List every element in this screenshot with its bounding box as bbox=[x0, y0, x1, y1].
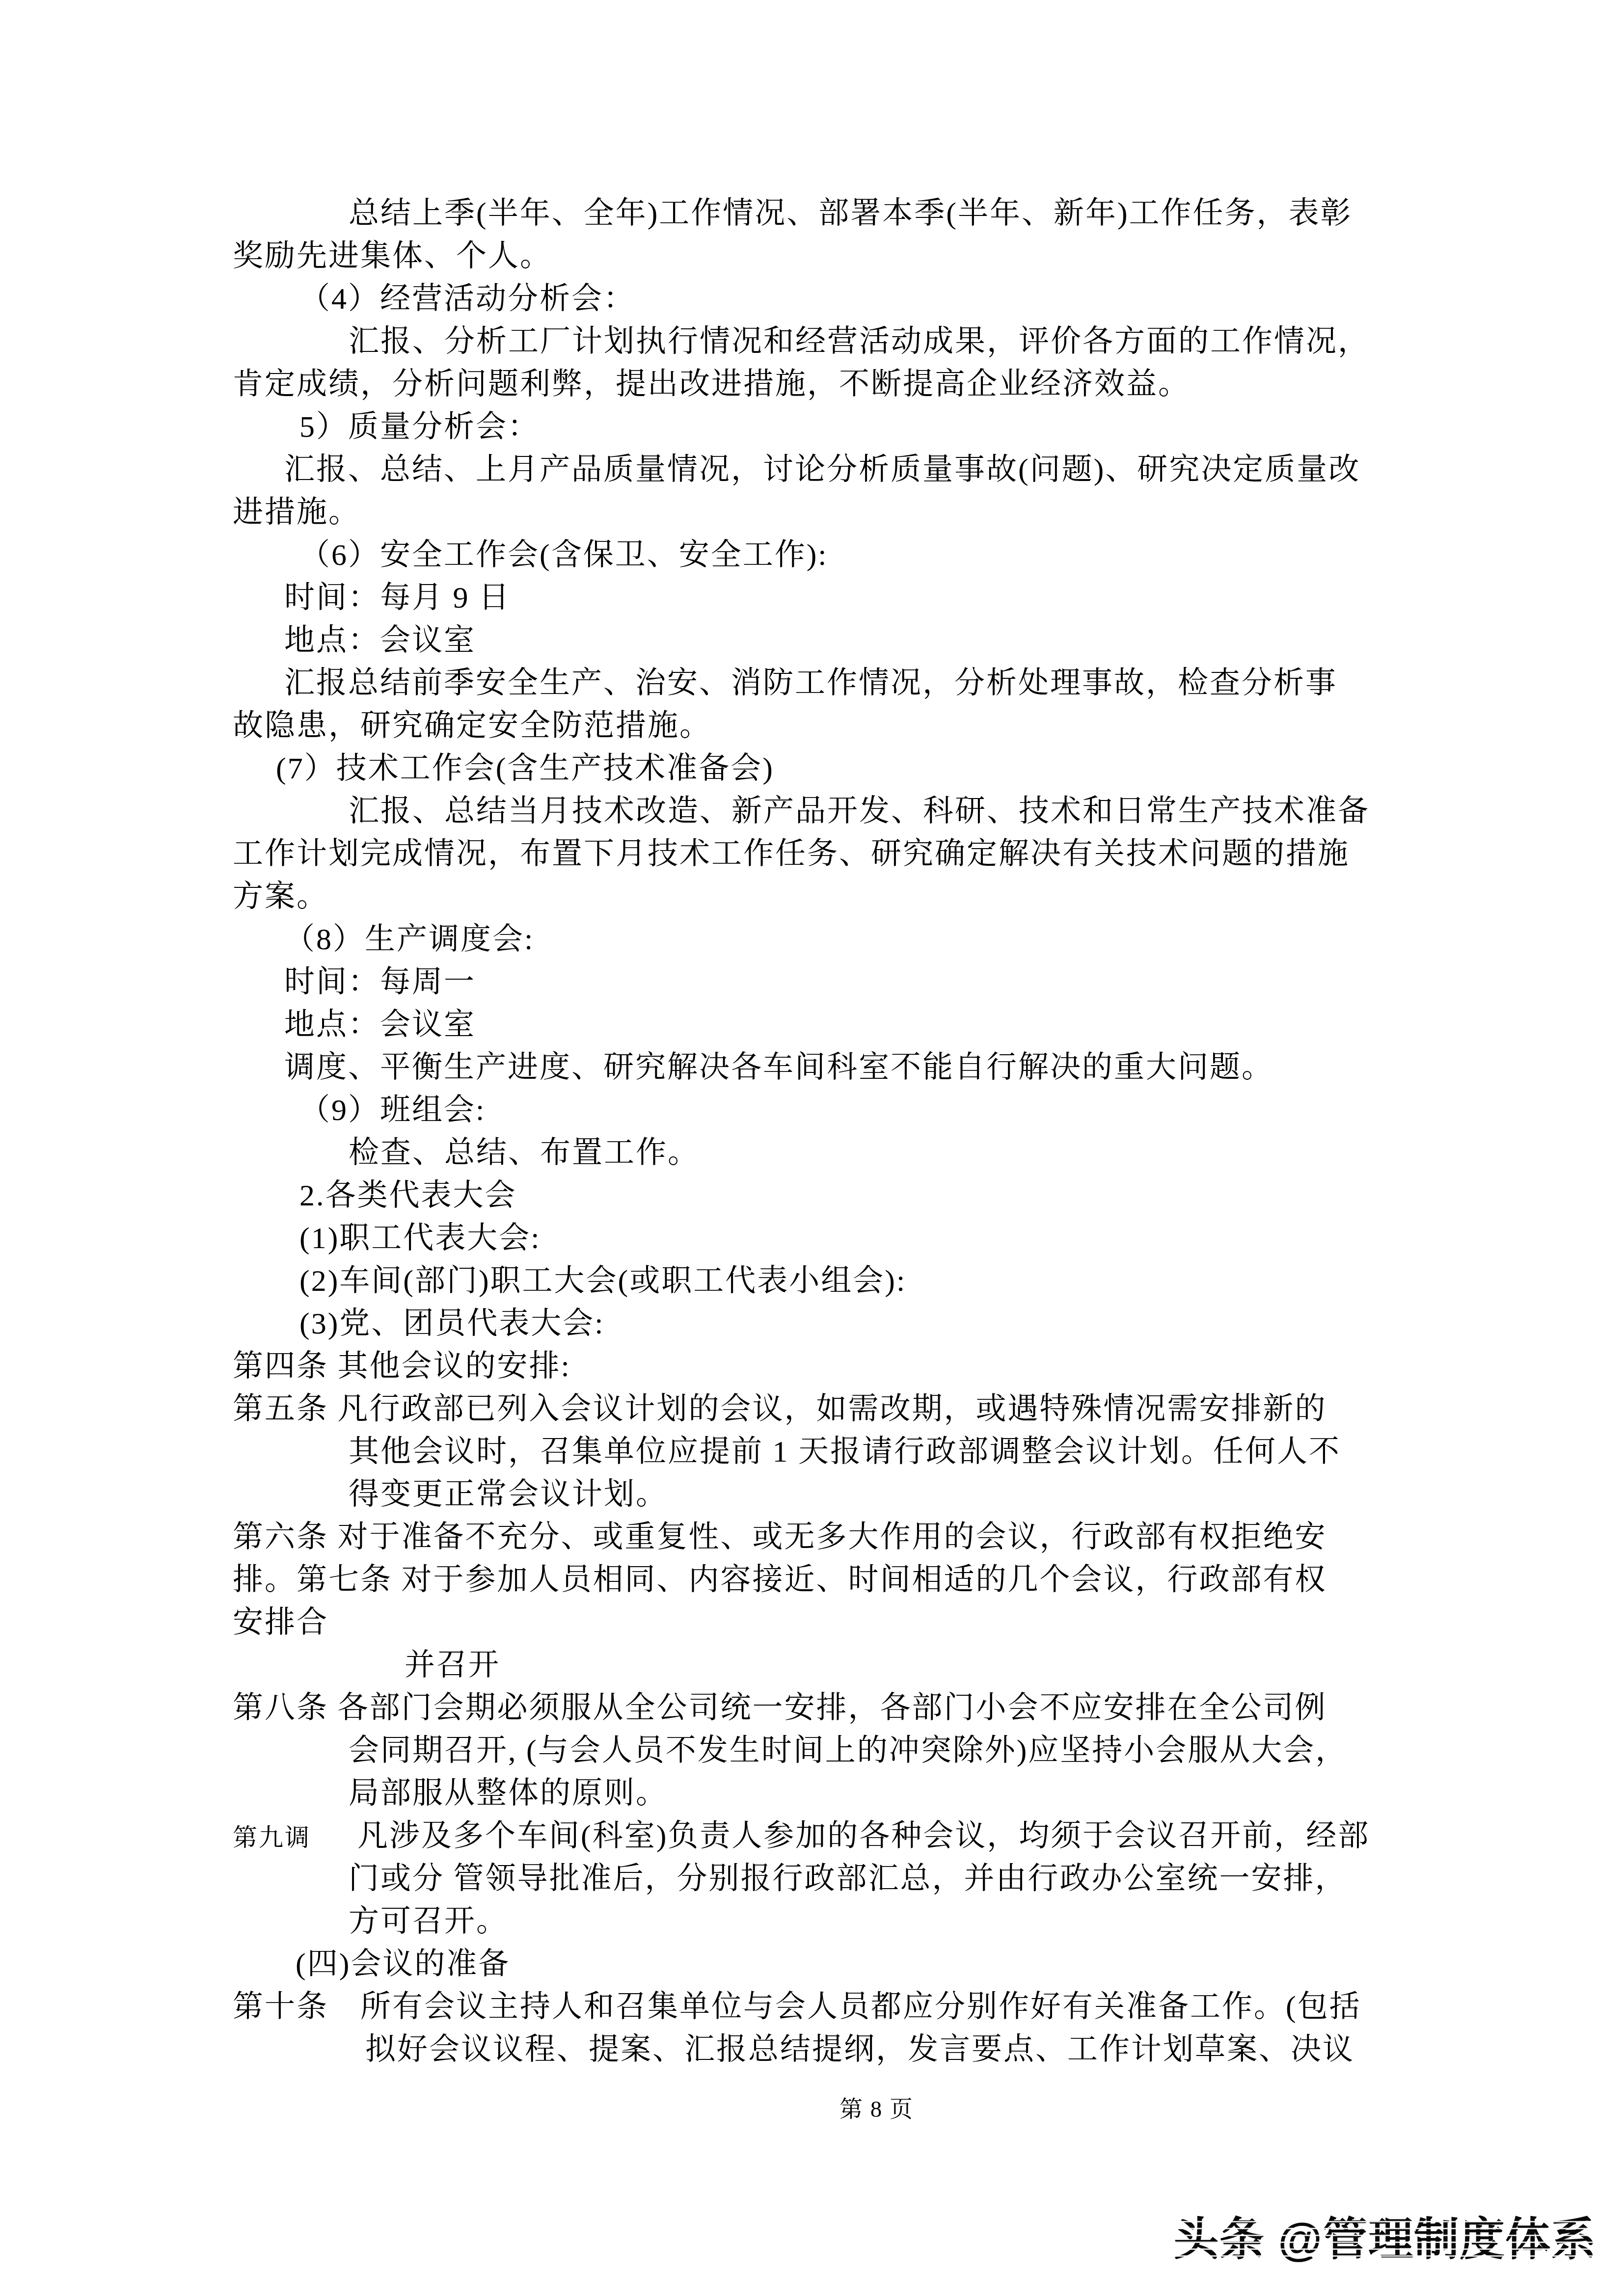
text-segment: 调度、平衡生产进度、研究解决各车间科室不能自行解决的重大问题。 bbox=[284, 1051, 1273, 1084]
text-line: 进措施。 bbox=[233, 491, 1401, 534]
text-segment: 并召开 bbox=[405, 1649, 500, 1682]
text-segment: (3)党、团员代表大会: bbox=[299, 1307, 605, 1340]
text-line: （4）经营活动分析会： bbox=[299, 278, 1401, 320]
text-line: (3)党、团员代表大会: bbox=[299, 1303, 1401, 1345]
text-segment: 肯定成绩，分析问题利弊，提出改进措施，不断提高企业经济效益。 bbox=[233, 368, 1190, 401]
text-segment: 汇报、总结当月技术改造、新产品开发、科研、技术和日常生产技术准备 bbox=[349, 795, 1370, 828]
text-line: （8）生产调度会: bbox=[284, 918, 1401, 961]
text-line: （6）安全工作会(含保卫、安全工作): bbox=[299, 534, 1401, 577]
text-segment: 地点：会议室 bbox=[284, 624, 476, 657]
clause-label: 第九调 bbox=[233, 1824, 311, 1851]
text-line: 汇报、分析工厂计划执行情况和经营活动成果，评价各方面的工作情况， bbox=[349, 320, 1401, 363]
text-segment: 故隐患，研究确定安全防范措施。 bbox=[233, 709, 711, 743]
text-line: (7）技术工作会(含生产技术准备会) bbox=[276, 748, 1401, 790]
text-segment: （8）生产调度会: bbox=[284, 923, 534, 956]
text-segment: 安排合 bbox=[233, 1606, 328, 1639]
document-page: 总结上季(半年、全年)工作情况、部署本季(半年、新年)工作任务，表彰奖励先进集体… bbox=[0, 0, 1624, 2296]
text-segment: 总结上季(半年、全年)工作情况、部署本季(半年、新年)工作任务，表彰 bbox=[349, 197, 1353, 230]
text-segment: 汇报、总结、上月产品质量情况，讨论分析质量事故(问题)、研究决定质量改 bbox=[284, 453, 1360, 486]
text-segment: 2.各类代表大会 bbox=[299, 1179, 517, 1212]
text-line: 时间：每月 9 日 bbox=[284, 577, 1401, 619]
text-line: 第十条 所有会议主持人和召集单位与会人员都应分别作好有关准备工作。(包括 bbox=[233, 1986, 1401, 2029]
text-line: 得变更正常会议计划。 bbox=[349, 1473, 1401, 1516]
text-segment: 第六条 对于准备不充分、或重复性、或无多大作用的会议，行政部有权拒绝安 bbox=[233, 1521, 1327, 1554]
text-line: 故隐患，研究确定安全防范措施。 bbox=[233, 705, 1401, 748]
text-segment: (7）技术工作会(含生产技术准备会) bbox=[276, 752, 774, 785]
text-line: 并召开 bbox=[405, 1644, 1401, 1687]
text-line: 工作计划完成情况，布置下月技术工作任务、研究确定解决有关技术问题的措施 bbox=[233, 833, 1401, 876]
document-body: 总结上季(半年、全年)工作情况、部署本季(半年、新年)工作任务，表彰奖励先进集体… bbox=[233, 192, 1401, 2071]
text-line: 地点：会议室 bbox=[284, 1004, 1401, 1046]
text-line: 门或分 管领导批准后，分别报行政部汇总，并由行政办公室统一安排， bbox=[349, 1858, 1401, 1900]
text-segment: （6）安全工作会(含保卫、安全工作): bbox=[299, 538, 828, 572]
text-line: (1)职工代表大会: bbox=[299, 1217, 1401, 1260]
text-segment: 工作计划完成情况，布置下月技术工作任务、研究确定解决有关技术问题的措施 bbox=[233, 837, 1350, 871]
text-segment: 凡涉及多个车间(科室)负责人参加的各种会议，均须于会议召开前，经部 bbox=[357, 1819, 1370, 1853]
text-line: 第九调凡涉及多个车间(科室)负责人参加的各种会议，均须于会议召开前，经部 bbox=[233, 1815, 1401, 1858]
text-segment: （4）经营活动分析会： bbox=[299, 282, 635, 316]
text-line: 排。第七条 对于参加人员相同、内容接近、时间相适的几个会议，行政部有权 bbox=[233, 1559, 1401, 1602]
text-line: 奖励先进集体、个人。 bbox=[233, 235, 1401, 278]
text-line: 第八条 各部门会期必须服从全公司统一安排，各部门小会不应安排在全公司例 bbox=[233, 1687, 1401, 1730]
text-line: （9）班组会: bbox=[299, 1089, 1401, 1132]
text-segment: 第四条 其他会议的安排: bbox=[233, 1350, 571, 1383]
text-segment: (2)车间(部门)职工大会(或职工代表小组会): bbox=[299, 1264, 906, 1298]
text-segment: 汇报总结前季安全生产、治安、消防工作情况，分析处理事故，检查分析事 bbox=[284, 667, 1337, 700]
text-line: (四)会议的准备 bbox=[296, 1943, 1401, 1986]
text-segment: 第十条 所有会议主持人和召集单位与会人员都应分别作好有关准备工作。(包括 bbox=[233, 1990, 1361, 2024]
text-segment: (四)会议的准备 bbox=[296, 1948, 510, 1981]
text-segment: 检查、总结、布置工作。 bbox=[349, 1136, 700, 1170]
text-line: 时间：每周一 bbox=[284, 961, 1401, 1004]
text-line: 2.各类代表大会 bbox=[299, 1175, 1401, 1217]
text-segment: （9）班组会: bbox=[299, 1094, 486, 1127]
text-segment: 方可召开。 bbox=[349, 1905, 508, 1938]
text-line: 会同期召开, (与会人员不发生时间上的冲突除外)应坚持小会服从大会， bbox=[349, 1730, 1401, 1772]
text-line: 肯定成绩，分析问题利弊，提出改进措施，不断提高企业经济效益。 bbox=[233, 363, 1401, 406]
text-line: 安排合 bbox=[233, 1602, 1401, 1644]
text-line: 总结上季(半年、全年)工作情况、部署本季(半年、新年)工作任务，表彰 bbox=[349, 192, 1401, 235]
text-line: 其他会议时，召集单位应提前 1 天报请行政部调整会议计划。任何人不 bbox=[349, 1431, 1401, 1473]
text-segment: 奖励先进集体、个人。 bbox=[233, 240, 552, 273]
text-segment: 其他会议时，召集单位应提前 1 天报请行政部调整会议计划。任何人不 bbox=[349, 1435, 1341, 1468]
text-segment: 5）质量分析会： bbox=[299, 410, 540, 444]
watermark-text: 头条 @管理制度体系 bbox=[1174, 2213, 1597, 2267]
text-line: 调度、平衡生产进度、研究解决各车间科室不能自行解决的重大问题。 bbox=[284, 1046, 1401, 1089]
text-line: 局部服从整体的原则。 bbox=[349, 1772, 1401, 1815]
text-segment: 第五条 凡行政部已列入会议计划的会议，如需改期，或遇特殊情况需安排新的 bbox=[233, 1392, 1327, 1426]
text-segment: 排。第七条 对于参加人员相同、内容接近、时间相适的几个会议，行政部有权 bbox=[233, 1563, 1327, 1597]
text-segment: 局部服从整体的原则。 bbox=[349, 1777, 668, 1810]
text-line: 第六条 对于准备不充分、或重复性、或无多大作用的会议，行政部有权拒绝安 bbox=[233, 1516, 1401, 1559]
text-segment: 地点：会议室 bbox=[284, 1008, 476, 1041]
text-line: 拟好会议议程、提案、汇报总结提纲，发言要点、工作计划草案、决议 bbox=[365, 2029, 1401, 2071]
text-line: (2)车间(部门)职工大会(或职工代表小组会): bbox=[299, 1260, 1401, 1303]
page-number: 第 8 页 bbox=[839, 2095, 914, 2124]
text-segment: 门或分 管领导批准后，分别报行政部汇总，并由行政办公室统一安排， bbox=[349, 1862, 1347, 1896]
text-segment: 拟好会议议程、提案、汇报总结提纲，发言要点、工作计划草案、决议 bbox=[365, 2033, 1354, 2066]
text-segment: 时间：每周一 bbox=[284, 965, 476, 999]
text-line: 汇报总结前季安全生产、治安、消防工作情况，分析处理事故，检查分析事 bbox=[284, 662, 1401, 705]
text-segment: 时间：每月 9 日 bbox=[284, 581, 511, 614]
text-line: 方可召开。 bbox=[349, 1900, 1401, 1943]
text-line: 汇报、总结、上月产品质量情况，讨论分析质量事故(问题)、研究决定质量改 bbox=[284, 449, 1401, 491]
text-line: 5）质量分析会： bbox=[299, 406, 1401, 449]
text-segment: 汇报、分析工厂计划执行情况和经营活动成果，评价各方面的工作情况， bbox=[349, 325, 1370, 358]
text-segment: (1)职工代表大会: bbox=[299, 1222, 541, 1255]
text-segment: 会同期召开, (与会人员不发生时间上的冲突除外)应坚持小会服从大会， bbox=[349, 1734, 1347, 1767]
text-line: 第五条 凡行政部已列入会议计划的会议，如需改期，或遇特殊情况需安排新的 bbox=[233, 1388, 1401, 1431]
text-segment: 进措施。 bbox=[233, 496, 360, 529]
text-line: 方案。 bbox=[233, 876, 1401, 918]
text-line: 汇报、总结当月技术改造、新产品开发、科研、技术和日常生产技术准备 bbox=[349, 790, 1401, 833]
text-line: 检查、总结、布置工作。 bbox=[349, 1132, 1401, 1175]
text-segment: 第八条 各部门会期必须服从全公司统一安排，各部门小会不应安排在全公司例 bbox=[233, 1691, 1327, 1725]
text-line: 第四条 其他会议的安排: bbox=[233, 1345, 1401, 1388]
text-line: 地点：会议室 bbox=[284, 619, 1401, 662]
text-segment: 方案。 bbox=[233, 880, 328, 913]
text-segment: 得变更正常会议计划。 bbox=[349, 1478, 668, 1511]
